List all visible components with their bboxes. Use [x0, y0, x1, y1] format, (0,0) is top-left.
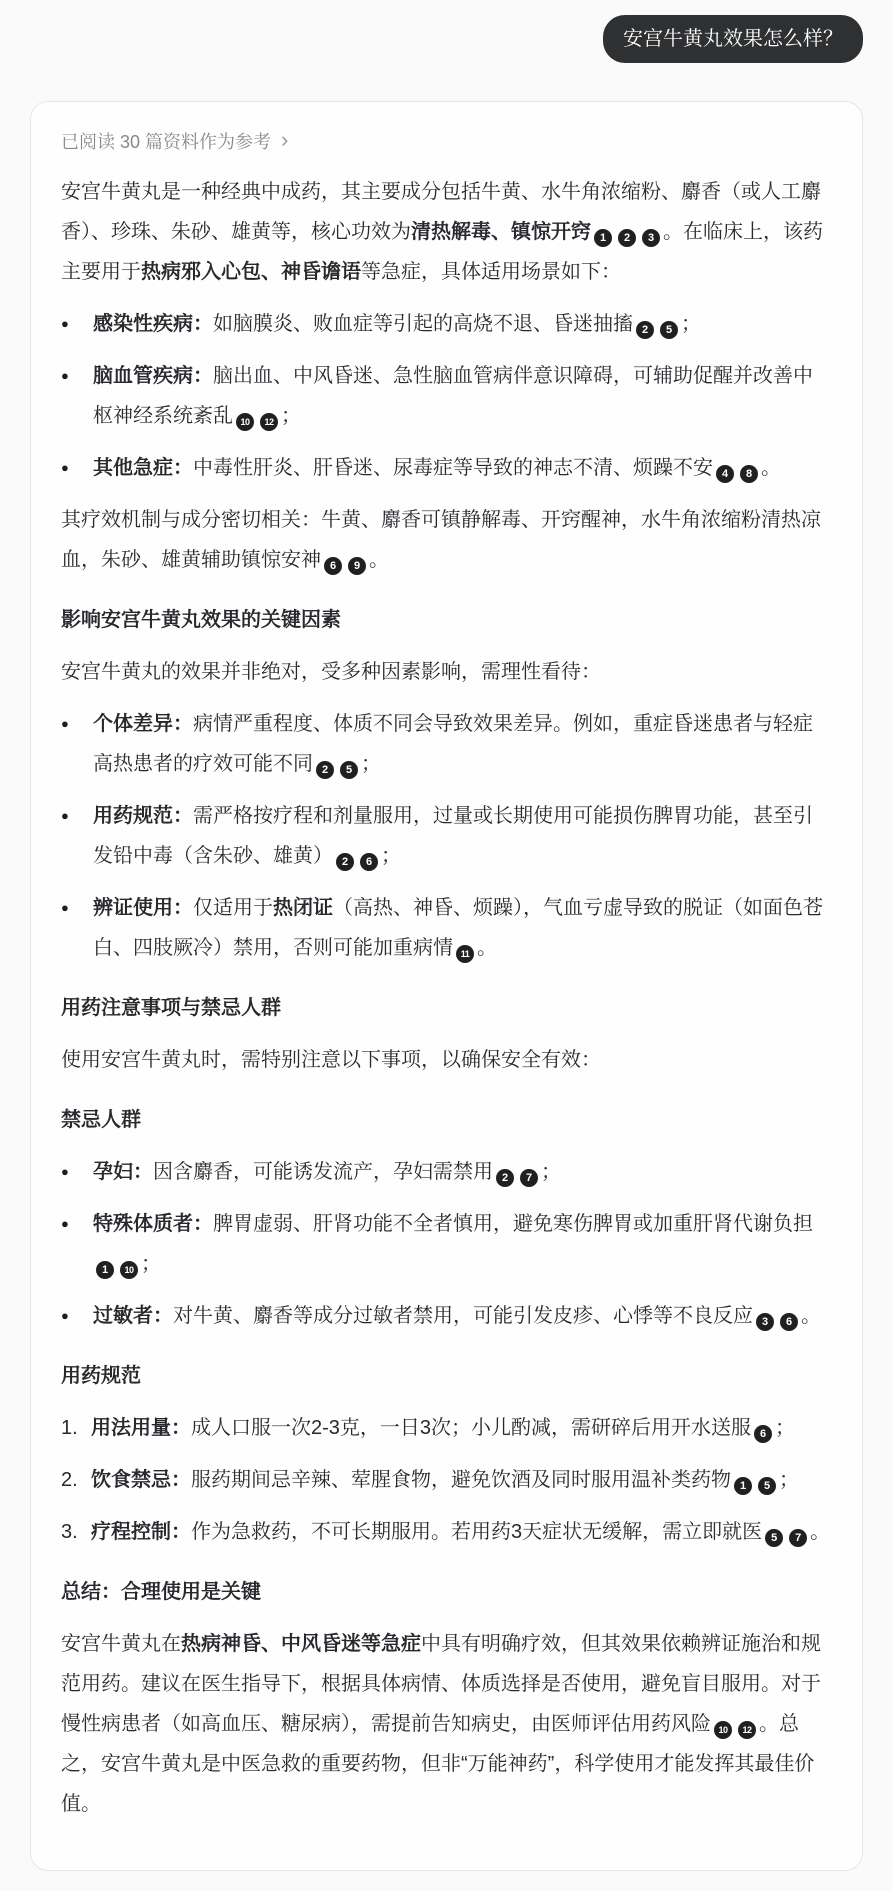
bullet-icon: ● [61, 796, 93, 876]
citation-badge[interactable]: 2 [618, 229, 636, 247]
paragraph: 安宫牛黄丸的效果并非绝对，受多种因素影响，需理性看待： [61, 652, 832, 692]
bold-text: 清热解毒、镇惊开窍 [411, 221, 591, 243]
citation-badge[interactable]: 2 [316, 761, 334, 779]
citation-badge[interactable]: 5 [340, 761, 358, 779]
text-run: 因含麝香，可能诱发流产，孕妇需禁用 [153, 1161, 493, 1183]
numbered-item: 1.用法用量：成人口服一次2-3克，一日3次；小儿酌减，需研碎后用开水送服6； [61, 1408, 832, 1448]
text-run: 。 [477, 937, 497, 959]
bullet-icon: ● [61, 888, 93, 968]
text-run: 。 [801, 1305, 821, 1327]
text-content: 过敏者：对牛黄、麝香等成分过敏者禁用，可能引发皮疹、心悸等不良反应36。 [93, 1296, 832, 1336]
text-run: 等急症，具体适用场景如下： [361, 261, 621, 283]
text-run: ； [779, 1469, 799, 1491]
text-content: 使用安宫牛黄丸时，需特别注意以下事项，以确保安全有效： [61, 1049, 601, 1071]
text-run: 。 [810, 1521, 830, 1543]
paragraph: 使用安宫牛黄丸时，需特别注意以下事项，以确保安全有效： [61, 1040, 832, 1080]
section-heading: 影响安宫牛黄丸效果的关键因素 [61, 600, 832, 640]
citation-badge[interactable]: 3 [642, 229, 660, 247]
citation-badge[interactable]: 6 [780, 1313, 798, 1331]
bold-text: 辨证使用： [93, 897, 193, 919]
citation-badge[interactable]: 11 [456, 945, 474, 963]
citation-badge[interactable]: 6 [754, 1425, 772, 1443]
text-run: 如脑膜炎、败血症等引起的高烧不退、昏迷抽搐 [213, 313, 633, 335]
bullet-item: ●其他急症：中毒性肝炎、肝昏迷、尿毒症等导致的神志不清、烦躁不安48。 [61, 448, 832, 488]
text-run: ； [381, 845, 401, 867]
bullet-item: ●用药规范：需严格按疗程和剂量服用，过量或长期使用可能损伤脾胃功能，甚至引发铅中… [61, 796, 832, 876]
citation-badge[interactable]: 10 [120, 1261, 138, 1279]
text-run: 脾胃虚弱、肝肾功能不全者慎用，避免寒伤脾胃或加重肝肾代谢负担 [213, 1213, 813, 1235]
bold-text: 热闭证 [273, 897, 333, 919]
citation-badge[interactable]: 1 [96, 1261, 114, 1279]
text-content: 感染性疾病：如脑膜炎、败血症等引起的高烧不退、昏迷抽搐25； [93, 304, 832, 344]
citation-badge[interactable]: 10 [714, 1721, 732, 1739]
text-run: ； [141, 1253, 161, 1275]
text-content: 特殊体质者：脾胃虚弱、肝肾功能不全者慎用，避免寒伤脾胃或加重肝肾代谢负担110； [93, 1204, 832, 1284]
citation-badge[interactable]: 5 [765, 1529, 783, 1547]
bullet-item: ●特殊体质者：脾胃虚弱、肝肾功能不全者慎用，避免寒伤脾胃或加重肝肾代谢负担110… [61, 1204, 832, 1284]
citation-badge[interactable]: 1 [594, 229, 612, 247]
text-run: ； [361, 753, 381, 775]
bullet-icon: ● [61, 1204, 93, 1284]
bullet-item: ●个体差异：病情严重程度、体质不同会导致效果差异。例如，重症昏迷患者与轻症高热患… [61, 704, 832, 784]
citation-badge[interactable]: 10 [236, 413, 254, 431]
text-content: 孕妇：因含麝香，可能诱发流产，孕妇需禁用27； [93, 1152, 832, 1192]
bold-text: 用药规范： [93, 805, 193, 827]
references-label: 已阅读 30 篇资料作为参考 [61, 128, 271, 154]
citation-badge[interactable]: 12 [738, 1721, 756, 1739]
text-content: 饮食禁忌：服药期间忌辛辣、荤腥食物，避免饮酒及同时服用温补类药物15； [91, 1460, 832, 1500]
chat-page: 安宫牛黄丸效果怎么样？ 已阅读 30 篇资料作为参考 › 安宫牛黄丸是一种经典中… [0, 0, 893, 1891]
list-number: 3. [61, 1512, 91, 1552]
citation-badge[interactable]: 7 [789, 1529, 807, 1547]
text-run: ； [775, 1417, 795, 1439]
citation-badge[interactable]: 2 [336, 853, 354, 871]
bold-text: 个体差异： [93, 713, 193, 735]
text-content: 总结：合理使用是关键 [61, 1581, 261, 1603]
text-content: 禁忌人群 [61, 1109, 141, 1131]
bold-text: 脑血管疾病： [93, 365, 213, 387]
text-run: 需严格按疗程和剂量服用，过量或长期使用可能损伤脾胃功能，甚至引发铅中毒（含朱砂、… [93, 805, 813, 867]
citation-badge[interactable]: 3 [756, 1313, 774, 1331]
text-content: 脑血管疾病：脑出血、中风昏迷、急性脑血管病伴意识障碍，可辅助促醒并改善中枢神经系… [93, 356, 832, 436]
citation-badge[interactable]: 5 [660, 321, 678, 339]
user-message-row: 安宫牛黄丸效果怎么样？ [30, 15, 863, 63]
numbered-item: 2.饮食禁忌：服药期间忌辛辣、荤腥食物，避免饮酒及同时服用温补类药物15； [61, 1460, 832, 1500]
bullet-icon: ● [61, 704, 93, 784]
bold-text: 孕妇： [93, 1161, 153, 1183]
text-content: 疗程控制：作为急救药，不可长期服用。若用药3天症状无缓解，需立即就医57。 [91, 1512, 832, 1552]
citation-badge[interactable]: 6 [324, 557, 342, 575]
bold-text: 用法用量： [91, 1417, 191, 1439]
text-run: 成人口服一次2-3克，一日3次；小儿酌减，需研碎后用开水送服 [191, 1417, 751, 1439]
citation-badge[interactable]: 8 [740, 465, 758, 483]
text-content: 其他急症：中毒性肝炎、肝昏迷、尿毒症等导致的神志不清、烦躁不安48。 [93, 448, 832, 488]
section-heading: 用药注意事项与禁忌人群 [61, 988, 832, 1028]
citation-badge[interactable]: 12 [260, 413, 278, 431]
text-run: 对牛黄、麝香等成分过敏者禁用，可能引发皮疹、心悸等不良反应 [173, 1305, 753, 1327]
citation-badge[interactable]: 2 [636, 321, 654, 339]
section-heading: 用药规范 [61, 1356, 832, 1396]
bold-text: 热病神昏、中风昏迷等急症 [181, 1633, 421, 1655]
text-run: 用药注意事项与禁忌人群 [61, 997, 281, 1019]
text-run: 中毒性肝炎、肝昏迷、尿毒症等导致的神志不清、烦躁不安 [193, 457, 713, 479]
bold-text: 过敏者： [93, 1305, 173, 1327]
bullet-icon: ● [61, 1296, 93, 1336]
text-content: 个体差异：病情严重程度、体质不同会导致效果差异。例如，重症昏迷患者与轻症高热患者… [93, 704, 832, 784]
bullet-item: ●脑血管疾病：脑出血、中风昏迷、急性脑血管病伴意识障碍，可辅助促醒并改善中枢神经… [61, 356, 832, 436]
paragraph: 安宫牛黄丸在热病神昏、中风昏迷等急症中具有明确疗效，但其效果依赖辨证施治和规范用… [61, 1624, 832, 1824]
list-number: 2. [61, 1460, 91, 1500]
text-run: 禁忌人群 [61, 1109, 141, 1131]
text-run: 总结：合理使用是关键 [61, 1581, 261, 1603]
text-run: 用药规范 [61, 1365, 141, 1387]
text-run: 仅适用于 [193, 897, 273, 919]
text-content: 安宫牛黄丸在热病神昏、中风昏迷等急症中具有明确疗效，但其效果依赖辨证施治和规范用… [61, 1633, 821, 1815]
bullet-item: ●过敏者：对牛黄、麝香等成分过敏者禁用，可能引发皮疹、心悸等不良反应36。 [61, 1296, 832, 1336]
bold-text: 疗程控制： [91, 1521, 191, 1543]
text-content: 用药规范 [61, 1365, 141, 1387]
text-content: 安宫牛黄丸是一种经典中成药，其主要成分包括牛黄、水牛角浓缩粉、麝香（或人工麝香）… [61, 181, 823, 283]
bold-text: 特殊体质者： [93, 1213, 213, 1235]
text-content: 辨证使用：仅适用于热闭证（高热、神昏、烦躁），气血亏虚导致的脱证（如面色苍白、四… [93, 888, 832, 968]
text-run: 病情严重程度、体质不同会导致效果差异。例如，重症昏迷患者与轻症高热患者的疗效可能… [93, 713, 813, 775]
bullet-icon: ● [61, 1152, 93, 1192]
text-run: 使用安宫牛黄丸时，需特别注意以下事项，以确保安全有效： [61, 1049, 601, 1071]
bullet-icon: ● [61, 448, 93, 488]
bullet-icon: ● [61, 304, 93, 344]
bullet-item: ●辨证使用：仅适用于热闭证（高热、神昏、烦躁），气血亏虚导致的脱证（如面色苍白、… [61, 888, 832, 968]
bold-text: 热病邪入心包、神昏谵语 [141, 261, 361, 283]
chevron-right-icon: › [281, 129, 288, 151]
text-content: 影响安宫牛黄丸效果的关键因素 [61, 609, 341, 631]
text-run: ； [541, 1161, 561, 1183]
citation-badge[interactable]: 2 [496, 1169, 514, 1187]
text-content: 用药注意事项与禁忌人群 [61, 997, 281, 1019]
section-heading: 禁忌人群 [61, 1100, 832, 1140]
citation-badge[interactable]: 9 [348, 557, 366, 575]
text-run: 。 [369, 549, 389, 571]
citation-badge[interactable]: 4 [716, 465, 734, 483]
paragraph: 安宫牛黄丸是一种经典中成药，其主要成分包括牛黄、水牛角浓缩粉、麝香（或人工麝香）… [61, 172, 832, 292]
text-content: 安宫牛黄丸的效果并非绝对，受多种因素影响，需理性看待： [61, 661, 601, 683]
bullet-item: ●感染性疾病：如脑膜炎、败血症等引起的高烧不退、昏迷抽搐25； [61, 304, 832, 344]
bold-text: 其他急症： [93, 457, 193, 479]
text-run: 安宫牛黄丸的效果并非绝对，受多种因素影响，需理性看待： [61, 661, 601, 683]
citation-badge[interactable]: 7 [520, 1169, 538, 1187]
bullet-icon: ● [61, 356, 93, 436]
bullet-item: ●孕妇：因含麝香，可能诱发流产，孕妇需禁用27； [61, 1152, 832, 1192]
text-run: ； [681, 313, 701, 335]
section-heading: 总结：合理使用是关键 [61, 1572, 832, 1612]
citation-badge[interactable]: 6 [360, 853, 378, 871]
text-content: 用药规范：需严格按疗程和剂量服用，过量或长期使用可能损伤脾胃功能，甚至引发铅中毒… [93, 796, 832, 876]
text-run: ； [281, 405, 301, 427]
assistant-answer-card: 已阅读 30 篇资料作为参考 › 安宫牛黄丸是一种经典中成药，其主要成分包括牛黄… [30, 101, 863, 1871]
list-number: 1. [61, 1408, 91, 1448]
bold-text: 饮食禁忌： [91, 1469, 191, 1491]
text-content: 用法用量：成人口服一次2-3克，一日3次；小儿酌减，需研碎后用开水送服6； [91, 1408, 832, 1448]
citation-badge[interactable]: 1 [734, 1477, 752, 1495]
text-run: 。 [761, 457, 781, 479]
references-bar[interactable]: 已阅读 30 篇资料作为参考 › [61, 128, 832, 154]
citation-badge[interactable]: 5 [758, 1477, 776, 1495]
text-run: 服药期间忌辛辣、荤腥食物，避免饮酒及同时服用温补类药物 [191, 1469, 731, 1491]
text-run: 作为急救药，不可长期服用。若用药3天症状无缓解，需立即就医 [191, 1521, 762, 1543]
paragraph: 其疗效机制与成分密切相关：牛黄、麝香可镇静解毒、开窍醒神，水牛角浓缩粉清热凉血，… [61, 500, 832, 580]
text-content: 其疗效机制与成分密切相关：牛黄、麝香可镇静解毒、开窍醒神，水牛角浓缩粉清热凉血，… [61, 509, 821, 571]
text-run: 其疗效机制与成分密切相关：牛黄、麝香可镇静解毒、开窍醒神，水牛角浓缩粉清热凉血，… [61, 509, 821, 571]
numbered-item: 3.疗程控制：作为急救药，不可长期服用。若用药3天症状无缓解，需立即就医57。 [61, 1512, 832, 1552]
text-run: 影响安宫牛黄丸效果的关键因素 [61, 609, 341, 631]
text-run: 安宫牛黄丸在 [61, 1633, 181, 1655]
bold-text: 感染性疾病： [93, 313, 213, 335]
user-message-bubble: 安宫牛黄丸效果怎么样？ [603, 15, 863, 63]
answer-content: 安宫牛黄丸是一种经典中成药，其主要成分包括牛黄、水牛角浓缩粉、麝香（或人工麝香）… [61, 172, 832, 1824]
